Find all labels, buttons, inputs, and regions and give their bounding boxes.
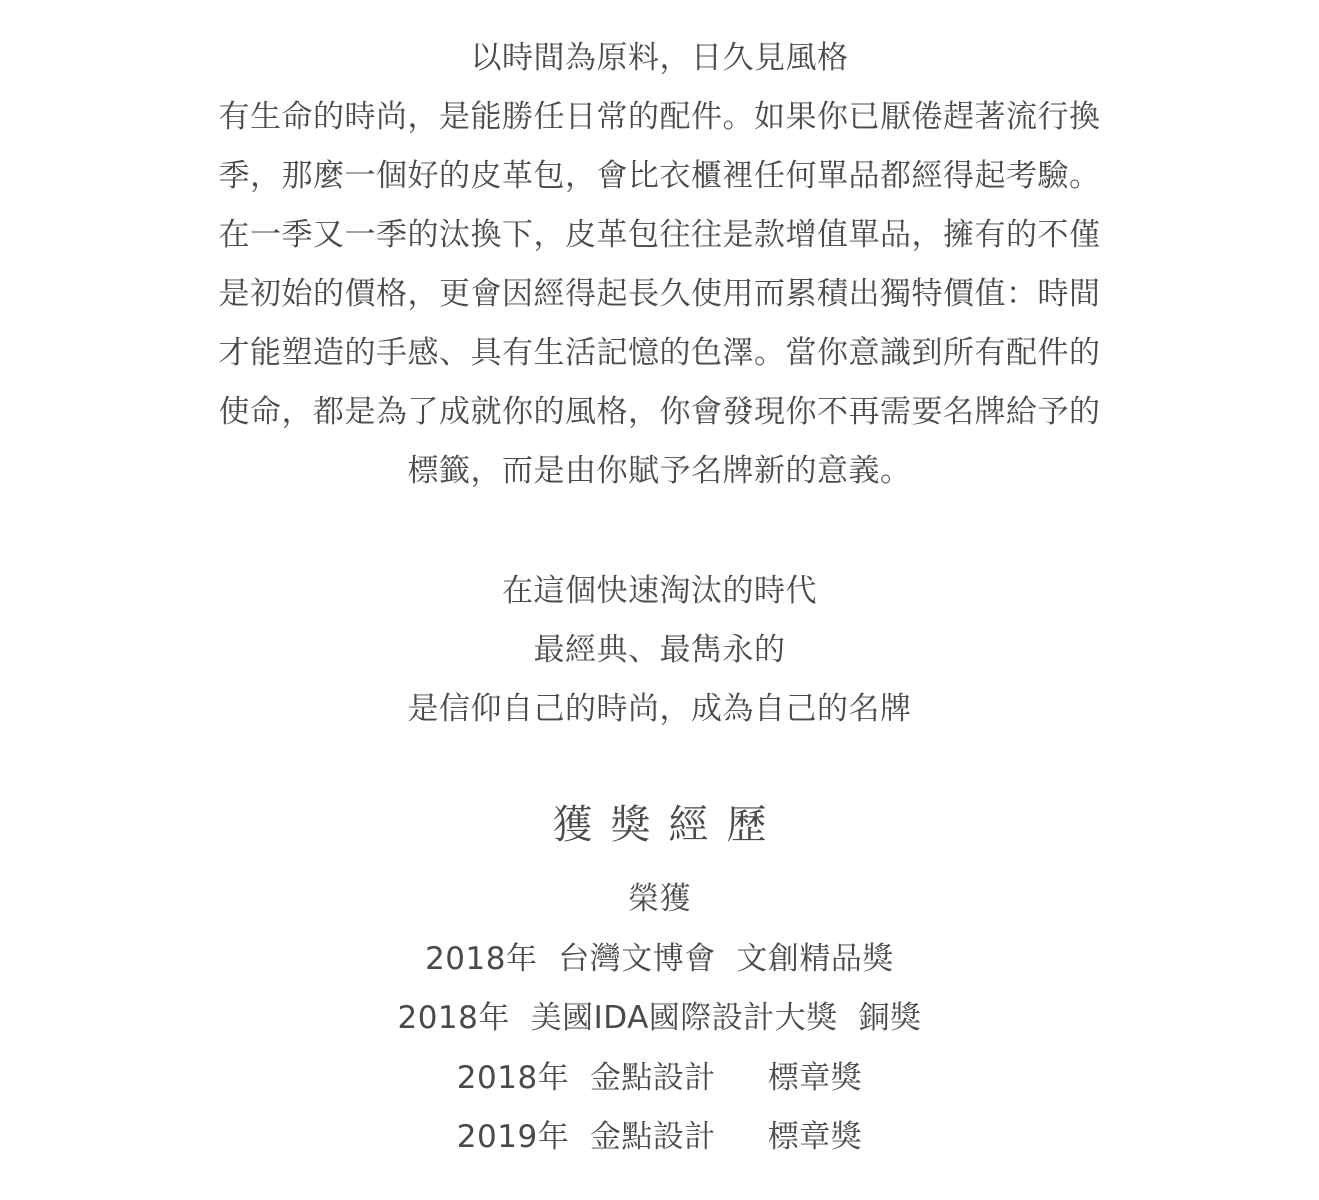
intro-title: 以時間為原料，日久見風格 — [0, 29, 1319, 88]
award-name: 標章獎 — [768, 1060, 863, 1096]
award-item: 2018年 美國IDA國際設計大獎 銅獎 — [0, 989, 1319, 1049]
intro-paragraph-line: 在一季又一季的汰換下，皮革包往往是款增值單品，擁有的不僅 — [0, 206, 1319, 265]
intro-section: 以時間為原料，日久見風格 有生命的時尚，是能勝任日常的配件。如果你已厭倦趕著流行… — [0, 29, 1319, 501]
award-event: 金點設計 — [590, 1060, 716, 1096]
intro-paragraph-line: 季，那麼一個好的皮革包，會比衣櫃裡任何單品都經得起考驗。 — [0, 147, 1319, 206]
slogan-line: 最經典、最雋永的 — [0, 621, 1319, 680]
slogan-line: 在這個快速淘汰的時代 — [0, 562, 1319, 621]
award-year: 2018年 — [457, 1060, 569, 1096]
award-event: 美國IDA國際設計大獎 — [531, 1000, 838, 1036]
award-item: 2018年 台灣文博會 文創精品獎 — [0, 930, 1319, 990]
awards-section: 榮獲 2018年 台灣文博會 文創精品獎 2018年 美國IDA國際設計大獎 銅… — [0, 870, 1319, 1168]
award-item: 2019年 金點設計 標章獎 — [0, 1108, 1319, 1168]
award-year: 2018年 — [397, 1000, 509, 1036]
intro-paragraph-line: 使命，都是為了成就你的風格，你會發現你不再需要名牌給予的 — [0, 383, 1319, 442]
award-name: 標章獎 — [768, 1119, 863, 1155]
award-year: 2018年 — [425, 941, 537, 977]
intro-paragraph-line: 才能塑造的手感、具有生活記憶的色澤。當你意識到所有配件的 — [0, 324, 1319, 383]
award-event: 台灣文博會 — [558, 941, 716, 977]
intro-paragraph-line: 有生命的時尚，是能勝任日常的配件。如果你已厭倦趕著流行換 — [0, 88, 1319, 147]
slogan-section: 在這個快速淘汰的時代 最經典、最雋永的 是信仰自己的時尚，成為自己的名牌 — [0, 562, 1319, 739]
intro-paragraph-line: 標籤，而是由你賦予名牌新的意義。 — [0, 442, 1319, 501]
award-event: 金點設計 — [590, 1119, 716, 1155]
awards-heading: 獲獎經歷 — [0, 795, 1319, 855]
page: 以時間為原料，日久見風格 有生命的時尚，是能勝任日常的配件。如果你已厭倦趕著流行… — [0, 0, 1319, 1200]
award-name: 銅獎 — [859, 1000, 922, 1036]
award-year: 2019年 — [457, 1119, 569, 1155]
intro-paragraph-line: 是初始的價格，更會因經得起長久使用而累積出獨特價值：時間 — [0, 265, 1319, 324]
award-item: 2018年 金點設計 標章獎 — [0, 1049, 1319, 1109]
awards-subheading: 榮獲 — [0, 870, 1319, 930]
award-name: 文創精品獎 — [736, 941, 894, 977]
slogan-line: 是信仰自己的時尚，成為自己的名牌 — [0, 680, 1319, 739]
